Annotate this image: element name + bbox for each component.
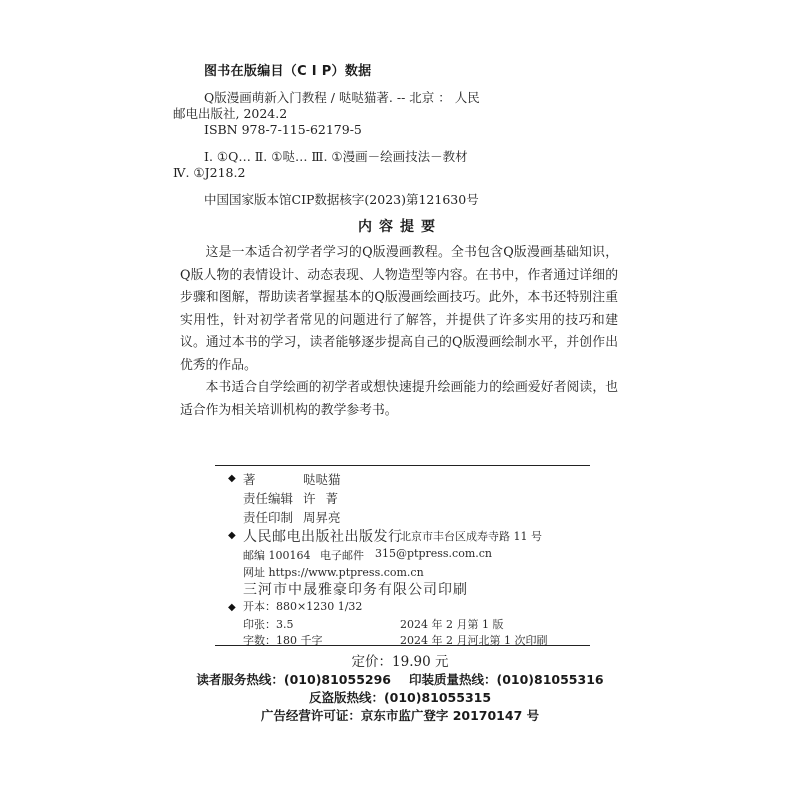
- print-sheets: 印张：3.5: [243, 616, 294, 632]
- summary-body: 这是一本适合初学者学习的Q版漫画教程。全书包含Q版漫画基础知识，Q版人物的表情设…: [180, 242, 618, 422]
- email-value: 315@ptpress.com.cn: [375, 547, 492, 560]
- colophon-top-rule: [215, 465, 590, 466]
- editor-value: 许菁: [303, 489, 348, 507]
- editor-label: 责任编辑: [243, 489, 293, 507]
- print-supervisor-label: 责任印制: [243, 508, 293, 526]
- cip-classification-line-2: Ⅳ. ①J218.2: [173, 165, 245, 181]
- ad-license: 广告经营许可证：京东市监广登字 20170147 号: [0, 706, 800, 724]
- book-format: 开本：880×1230 1/32: [243, 598, 362, 614]
- cip-title-line-2: 邮电出版社, 2024.2: [173, 106, 287, 122]
- summary-paragraph-1: 这是一本适合初学者学习的Q版漫画教程。全书包含Q版漫画基础知识，Q版人物的表情设…: [180, 242, 618, 377]
- edition: 2024 年 2 月第 1 版: [400, 616, 503, 632]
- print-supervisor-value: 周昇亮: [303, 508, 341, 526]
- price: 定价：19.90 元: [0, 650, 800, 670]
- postal-code: 邮编 100164: [243, 547, 311, 563]
- publisher-address: 北京市丰台区成寿寺路 11 号: [400, 528, 542, 544]
- cip-title-line-1: Q版漫画萌新入门教程 / 哒哒猫著. -- 北京 ： 人民: [204, 90, 480, 106]
- summary-paragraph-2: 本书适合自学绘画的初学者或想快速提升绘画能力的绘画爱好者阅读，也适合作为相关培训…: [180, 377, 618, 422]
- cip-heading: 图书在版编目（C I P）数据: [204, 60, 371, 79]
- author-value: 哒哒猫: [303, 470, 341, 488]
- website: 网址 https://www.ptpress.com.cn: [243, 564, 424, 580]
- colophon-bottom-rule: [215, 645, 590, 646]
- quality-hotline: 印装质量热线：(010)81055316: [409, 672, 604, 687]
- diamond-bullet-icon: ◆: [228, 602, 236, 613]
- printer: 三河市中晟雅豪印务有限公司印刷: [243, 579, 468, 599]
- cip-isbn: ISBN 978-7-115-62179-5: [204, 122, 362, 138]
- copyright-page: 图书在版编目（C I P）数据 Q版漫画萌新入门教程 / 哒哒猫著. -- 北京…: [0, 0, 800, 800]
- diamond-bullet-icon: ◆: [228, 473, 236, 484]
- reader-service-hotline: 读者服务热线：(010)81055296: [196, 672, 391, 687]
- hotline-row-1: 读者服务热线：(010)81055296印装质量热线：(010)81055316: [0, 670, 800, 688]
- cip-record-number: 中国国家版本馆CIP数据核字(2023)第121630号: [204, 192, 479, 208]
- diamond-bullet-icon: ◆: [228, 530, 236, 541]
- cip-classification-line-1: Ⅰ. ①Q… Ⅱ. ①哒… Ⅲ. ①漫画－绘画技法－教材: [204, 149, 468, 165]
- author-label: 著: [243, 470, 256, 488]
- summary-title: 内容提要: [0, 216, 800, 236]
- publisher: 人民邮电出版社出版发行: [243, 526, 403, 546]
- email-label: 电子邮件: [320, 547, 364, 563]
- anti-piracy-hotline: 反盗版热线：(010)81055315: [0, 688, 800, 706]
